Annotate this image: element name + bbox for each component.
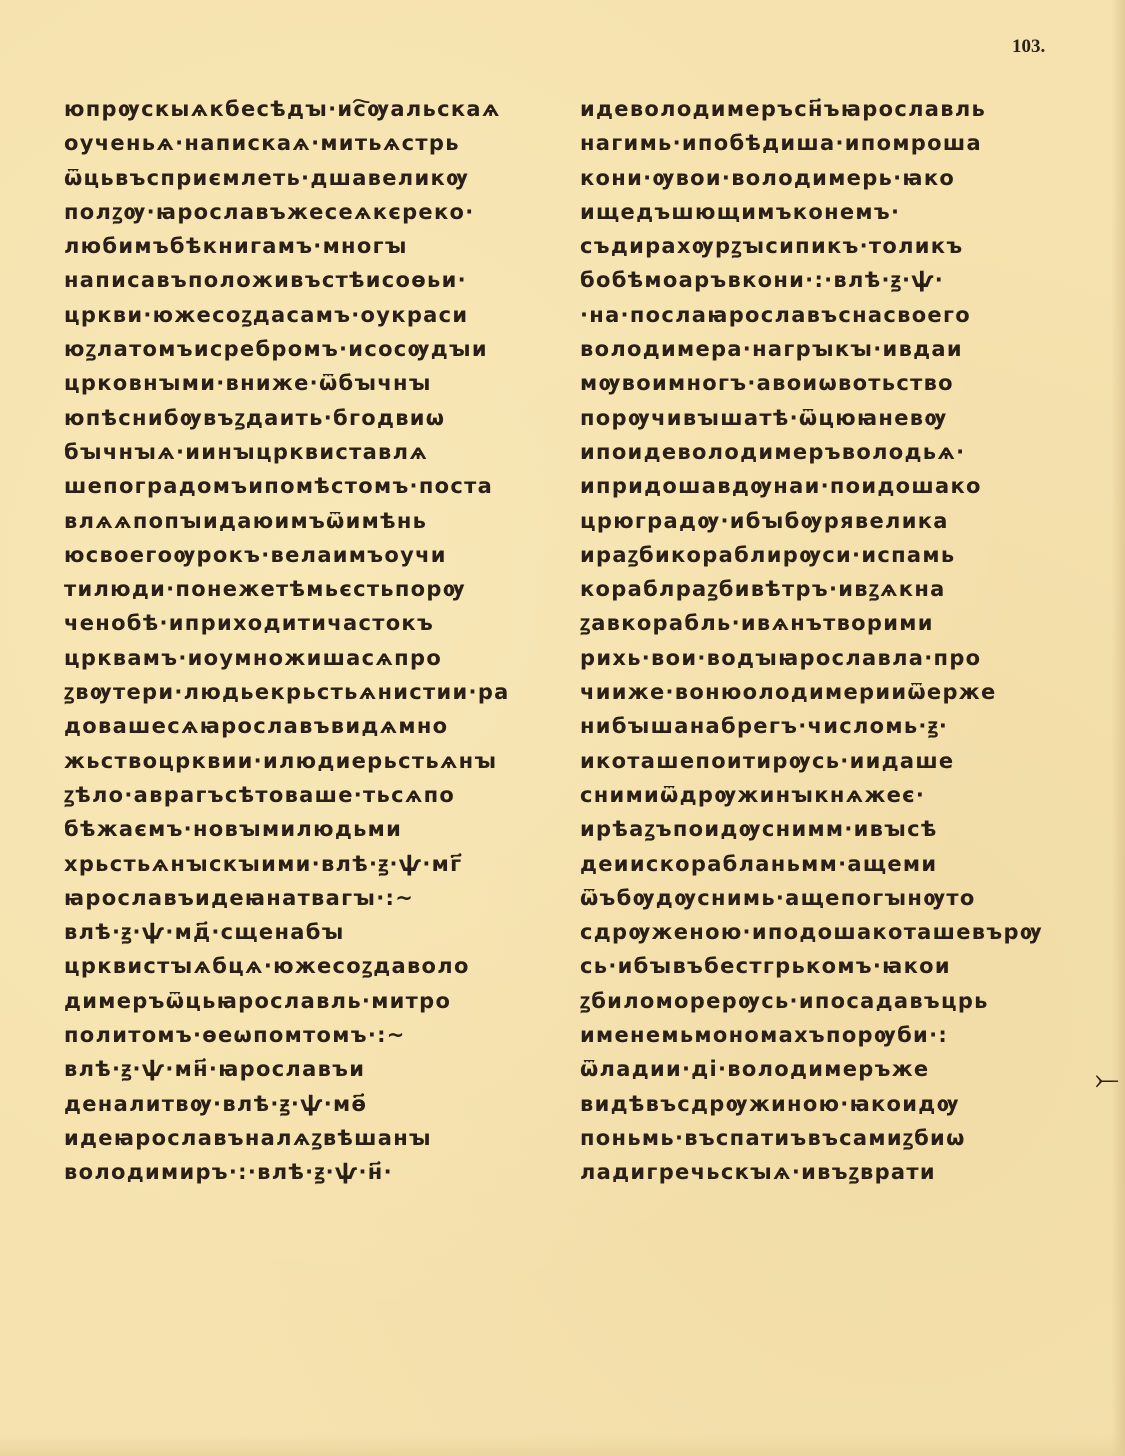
manuscript-line: ладигречьскꙑѧ·ивъꙁврати — [580, 1155, 1050, 1189]
manuscript-line: кони·ѹвои·володимерь·ꙗко — [580, 161, 1050, 195]
manuscript-line: Идеꙗрославъналѧꙁвѣшанꙑ — [64, 1121, 554, 1155]
manuscript-line: именемьмономахъпорѹби·: — [580, 1018, 1050, 1052]
manuscript-line: влѧѧпопꙑидаюимъѿимѣнь — [64, 504, 554, 538]
manuscript-line: поньмь·въспатиъвъсамиꙁбиѡ — [580, 1121, 1050, 1155]
manuscript-line: бѣжаємъ·новꙑмилюдьми — [64, 812, 554, 846]
manuscript-line: црквамъ·иоумножишасѧпро — [64, 641, 554, 675]
manuscript-line: бꙑчнꙑѧ·иинꙑцрквиставлѧ — [64, 435, 554, 469]
manuscript-line: мѹвоимногъ·авоиѡвотьство — [580, 366, 1050, 400]
manuscript-line: влѣ·ꙃ·ѱ·мд҃·Сщенабꙑ — [64, 915, 554, 949]
manuscript-line: юсвоегоѹрокъ·велаимъоучи — [64, 538, 554, 572]
manuscript-line: ираꙁбикораблирѹси·испамь — [580, 538, 1050, 572]
manuscript-line: володимиръ·:·влѣ·ꙃ·ѱ·н҃· — [64, 1155, 554, 1189]
manuscript-line: тилюди·понежетѣмьєстьпорѹ — [64, 572, 554, 606]
manuscript-line: ипоидеволодимеръволодьѧ· — [580, 435, 1050, 469]
manuscript-line: бобѣмоаръвкони·:·влѣ·ꙃ·ѱ· — [580, 263, 1050, 297]
manuscript-line: ченобѣ·иприходитичастокъ — [64, 606, 554, 640]
manuscript-line: Ꙗрославъидеꙗнатвагꙑ·:~ — [64, 881, 554, 915]
manuscript-line: ѿцьвъсприємлеть·дшавеликѹ — [64, 161, 554, 195]
manuscript-line: ѿъбѹдѹснимь·ащепогꙑнѹто — [580, 881, 1050, 915]
page-bottom-edge — [0, 1434, 1125, 1456]
manuscript-line: порѹчивꙑшатѣ·ѿцюꙗневѹ — [580, 401, 1050, 435]
manuscript-line: влѣ·ꙃ·ѱ·мн҃·Ꙗрославъи — [64, 1052, 554, 1086]
manuscript-line: жьствоцрквии·илюдиерьстьѧнꙑ — [64, 744, 554, 778]
manuscript-line: оученьѧ·напискаѧ·митьѧстрь — [64, 126, 554, 160]
manuscript-line: юпрѹскыѧкбесѣдꙑ·ис҇ѹальскаѧ — [64, 92, 554, 126]
right-column: Идеволодимеръсн҃ъꙗрославльнагимь·ипобѣди… — [580, 92, 1050, 1190]
manuscript-line: чииже·вонюолодимерииѿерже — [580, 675, 1050, 709]
manuscript-line: любимъбѣкнигамъ·многꙑ — [64, 229, 554, 263]
manuscript-line: юꙁлатомъисребромъ·исосѹдꙑи — [64, 332, 554, 366]
manuscript-line: ꙁѣло·аврагъсѣтоваше·тьсѧпо — [64, 778, 554, 812]
manuscript-line: црюградѹ·ибꙑбѹрявелика — [580, 504, 1050, 538]
manuscript-line: политомъ·ѳеѡпомтомъ·:~ — [64, 1018, 554, 1052]
manuscript-line: шепоградомъипомѣстомъ·поста — [64, 469, 554, 503]
manuscript-line: довашесѧꙗрославъвидѧмно — [64, 709, 554, 743]
manuscript-line: ирѣаꙁъпоидѹснимм·ивꙑсѣ — [580, 812, 1050, 846]
manuscript-line: хрьстьѧнꙑскꙑими·влѣ·ꙃ·ѱ·мг҃ — [64, 847, 554, 881]
manuscript-line: полꙁѹ·ꙗрославъжесеѧкєреко· — [64, 195, 554, 229]
manuscript-line: Идеволодимеръсн҃ъꙗрославль — [580, 92, 1050, 126]
manuscript-line: деиискорабланьмм·ащеми — [580, 847, 1050, 881]
manuscript-line: видѣвъсдрѹжиною·ꙗкоидѹ — [580, 1087, 1050, 1121]
page-number: 103. — [1012, 36, 1045, 58]
manuscript-line: ѿладии·ді·Володимеръже — [580, 1052, 1050, 1086]
manuscript-line: кораблраꙁбивѣтръ·ивꙁѧкна — [580, 572, 1050, 606]
manuscript-line: снимиѿдрѹжинꙑкнѧжеє· — [580, 778, 1050, 812]
manuscript-line: нибꙑшанабрегъ·числомь·ꙃ· — [580, 709, 1050, 743]
manuscript-line: съдирахѹрꙁꙑсипикъ·толикъ — [580, 229, 1050, 263]
manuscript-line: ищедъшющимъконемъ· — [580, 195, 1050, 229]
manuscript-line: црквистꙑѧбцѧ·южесоꙁдаволо — [64, 949, 554, 983]
manuscript-line: сь·ибꙑвъбестгрькомъ·ꙗкои — [580, 949, 1050, 983]
page-edge-shadow — [1111, 0, 1125, 1456]
manuscript-line: ꙁавкорабль·ивѧнътворими — [580, 606, 1050, 640]
manuscript-line: црковнꙑми·вниже·ѿбꙑчнꙑ — [64, 366, 554, 400]
manuscript-line: рихь·вои·водꙑꙗрославла·про — [580, 641, 1050, 675]
manuscript-line: ипридошавдѹнаи·поидошако — [580, 469, 1050, 503]
manuscript-line: ·на·Послаꙗрославъснасвоего — [580, 298, 1050, 332]
manuscript-line: написавъположивъстѣисоѳьи· — [64, 263, 554, 297]
manuscript-line: ꙁвѹтери·людьекрьстьѧнистии·ра — [64, 675, 554, 709]
manuscript-line: володимера·нагрꙑкꙑ·ивдаи — [580, 332, 1050, 366]
left-column: юпрѹскыѧкбесѣдꙑ·ис҇ѹальскаѧоученьѧ·напис… — [64, 92, 554, 1190]
manuscript-line: Икоташепоитирѹсь·иидаше — [580, 744, 1050, 778]
manuscript-line: юпѣснибѹвъꙁдаить·бгодвиѡ — [64, 401, 554, 435]
manuscript-line: сдрѹженою·иподошакоташевърѹ — [580, 915, 1050, 949]
manuscript-line: нагимь·ипобѣдиша·ипомроша — [580, 126, 1050, 160]
manuscript-line: димеръѿцьꙗрославль·митро — [64, 984, 554, 1018]
manuscript-line: цркви·южесоꙁдасамъ·оукраси — [64, 298, 554, 332]
manuscript-line: деналитвѹ·влѣ·ꙃ·ѱ·мѳ҃ — [64, 1087, 554, 1121]
manuscript-line: ꙁбиломорерѹсь·ипосадавъцрь — [580, 984, 1050, 1018]
